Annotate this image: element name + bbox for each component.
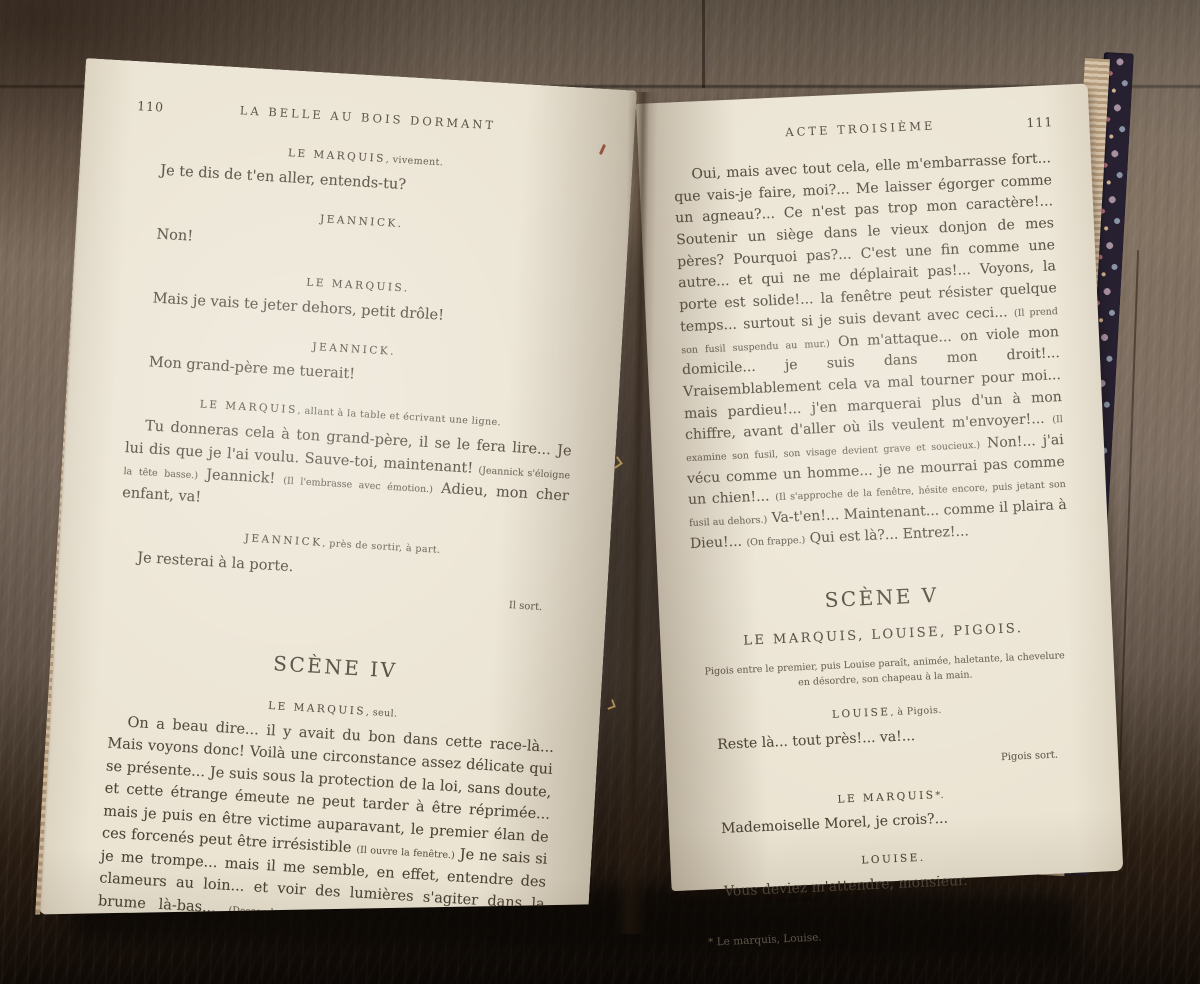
page-text: Oui, mais avec tout cela, elle m'embarra… xyxy=(673,148,1086,950)
scene-heading: SCÈNE V xyxy=(692,574,1071,622)
scene-note: Pigois entre le premier, puis Louise par… xyxy=(695,647,1074,694)
paragraph: Oui, mais avec tout cela, elle m'embarra… xyxy=(673,148,1068,555)
running-title: LA BELLE AU BOIS DORMANT xyxy=(145,98,591,138)
page-text: LE MARQUIS, vivement.Je te dis de t'en a… xyxy=(95,133,589,984)
book-page-left: 110 LA BELLE AU BOIS DORMANT LE MARQUIS,… xyxy=(35,58,637,947)
page-number: 111 xyxy=(1026,114,1054,130)
scene-heading: SCÈNE IV xyxy=(112,638,559,695)
book-page-right: ACTE TROISIÈME 111 Oui, mais avec tout c… xyxy=(636,83,1123,891)
book-photo: 110 LA BELLE AU BOIS DORMANT LE MARQUIS,… xyxy=(0,0,1200,984)
running-title: ACTE TROISIÈME xyxy=(671,113,1049,144)
page-number: 110 xyxy=(137,98,165,115)
page-header: ACTE TROISIÈME 111 xyxy=(671,113,1050,150)
